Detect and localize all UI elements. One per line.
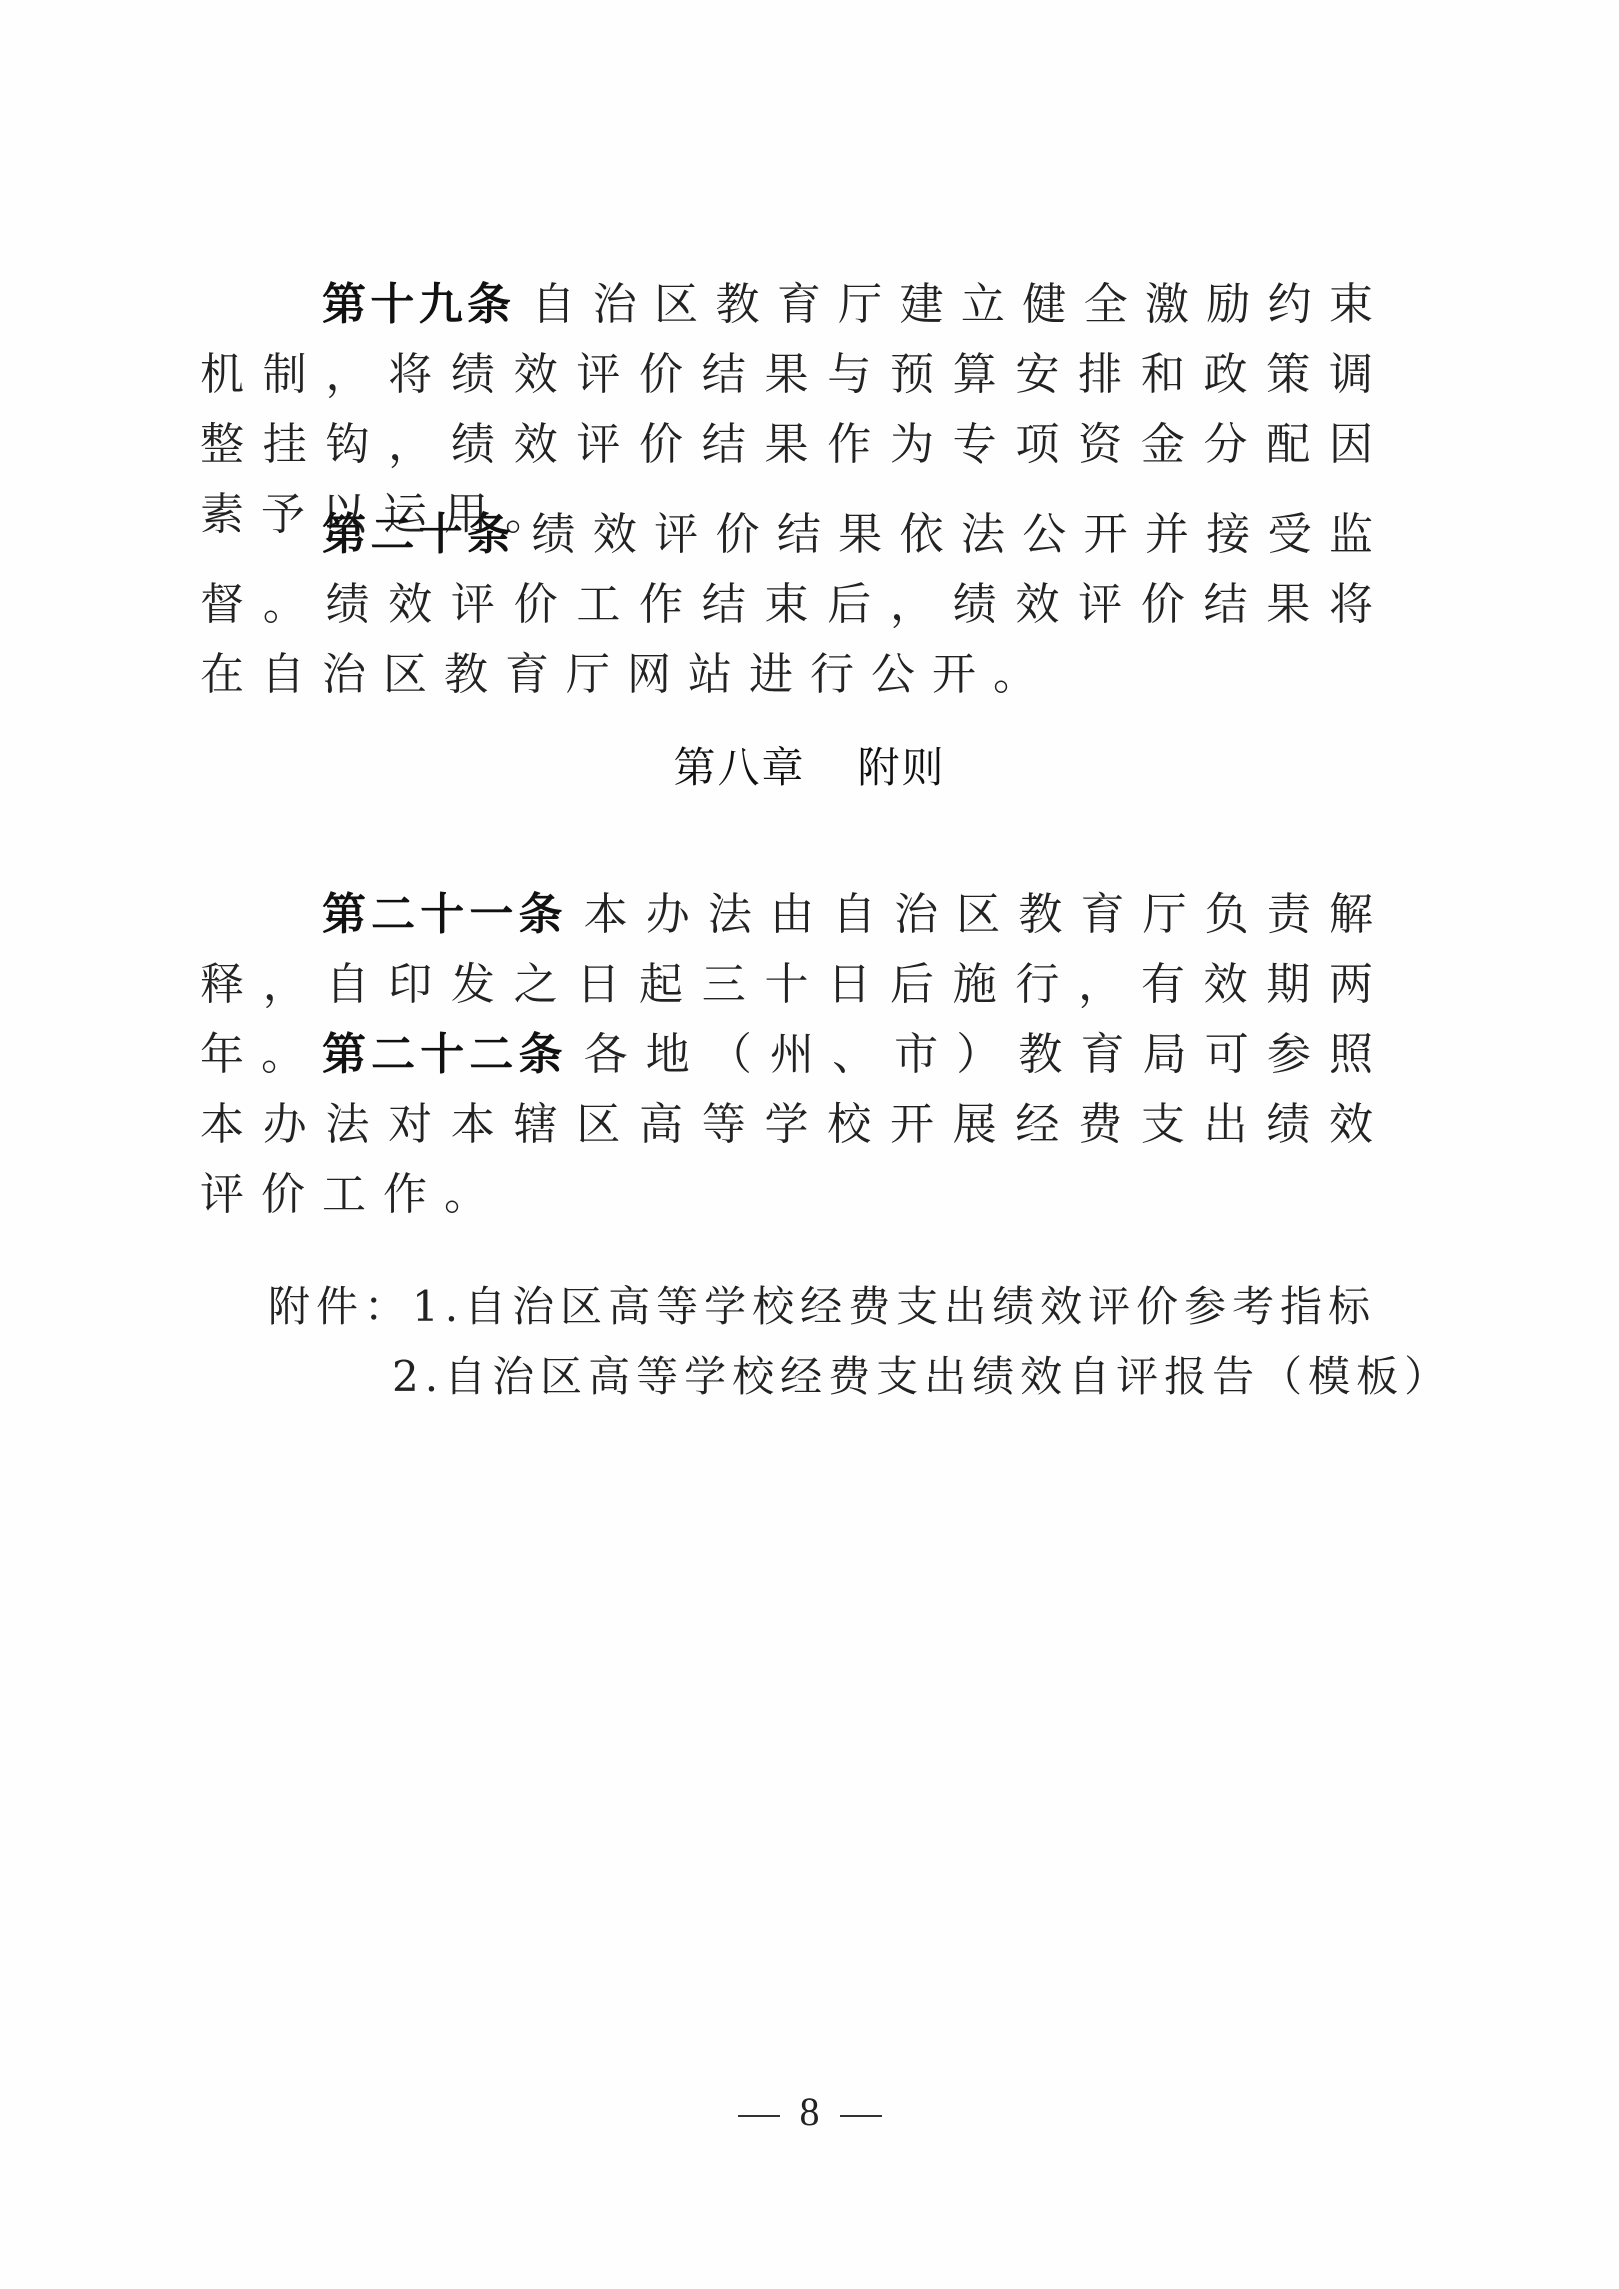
attachments-label: 附件： [268, 1282, 412, 1331]
attachment-row-2: 2.自治区高等学校经费支出绩效自评报告（模板） [268, 1342, 1452, 1412]
chapter-number: 第八章 [673, 743, 805, 792]
article-number: 第十九条 [322, 279, 515, 330]
article-number: 第二十一条 [322, 889, 568, 940]
attachment-item: 1.自治区高等学校经费支出绩效评价参考指标 [412, 1282, 1376, 1331]
attachment-row-1: 附件：1.自治区高等学校经费支出绩效评价参考指标 [268, 1272, 1452, 1342]
page-footer: 8 [0, 2092, 1619, 2132]
article-number: 第二十条 [322, 509, 515, 560]
chapter-title: 附则 [858, 743, 946, 792]
chapter-heading: 第八章附则 [0, 738, 1619, 798]
article-number: 第二十二条 [322, 1029, 568, 1080]
dash-left [738, 2115, 780, 2117]
page-number: 8 [800, 2089, 820, 2134]
dash-right [840, 2115, 882, 2117]
attachments-block: 附件：1.自治区高等学校经费支出绩效评价参考指标 2.自治区高等学校经费支出绩效… [268, 1272, 1452, 1412]
attachment-item: 2.自治区高等学校经费支出绩效自评报告（模板） [392, 1352, 1452, 1401]
article-22: 第二十二条各地（州、市）教育局可参照本办法对本辖区高等学校开展经费支出绩效评价工… [200, 1020, 1390, 1230]
article-20: 第二十条绩效评价结果依法公开并接受监督。绩效评价工作结束后，绩效评价结果将在自治… [200, 500, 1390, 710]
document-page: 第十九条自治区教育厅建立健全激励约束机制，将绩效评价结果与预算安排和政策调整挂钩… [0, 0, 1619, 2289]
